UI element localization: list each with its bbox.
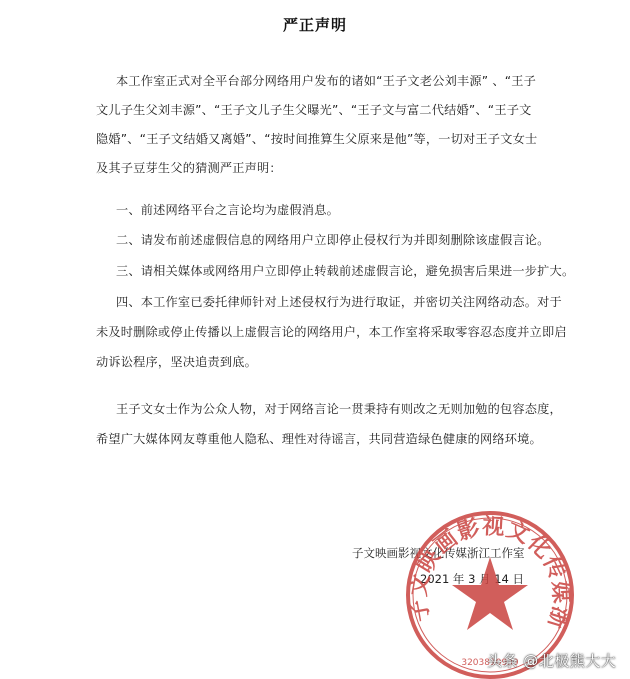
paragraph-line: 隐婚”、“王子文结婚又离婚”、“按时间推算生父原来是他”等，一切对王子文女士 [96,130,537,147]
watermark: 头条 @北极熊大大 [487,650,616,671]
point-item: 三、请相关媒体或网络用户立即停止转载前述虚假言论，避免损害后果进一步扩大。 [116,262,574,279]
paragraph-line: 本工作室正式对全平台部分网络用户发布的诸如“王子文老公刘丰源” 、“王子 [116,72,536,89]
paragraph-line: 文儿子生父刘丰源”、“王子文儿子生父曝光”、“王子文与富二代结婚”、“王子文 [96,101,531,118]
paragraph-line: 及其子豆芽生父的猜测严正声明： [96,159,282,176]
document-title: 严正声明 [0,14,630,35]
point-item: 二、请发布前述虚假信息的网络用户立即停止侵权行为并即刻删除该虚假言论。 [116,231,550,248]
closing-line: 王子文女士作为公众人物，对于网络言论一贯秉持有则改之无则加勉的包容态度， [116,400,562,417]
point-4-line: 四、本工作室已委托律师针对上述侵权行为进行取证，并密切关注网络动态。对于 [116,293,562,310]
point-item: 一、前述网络平台之言论均为虚假消息。 [116,201,339,218]
point-4-line: 动诉讼程序，坚决追责到底。 [96,353,257,370]
point-4-line: 未及时删除或停止传播以上虚假言论的网络用户，本工作室将采取零容忍态度并立即启 [96,323,567,340]
closing-line: 希望广大媒体网友尊重他人隐私、理性对待谣言，共同营造绿色健康的网络环境。 [96,430,542,447]
